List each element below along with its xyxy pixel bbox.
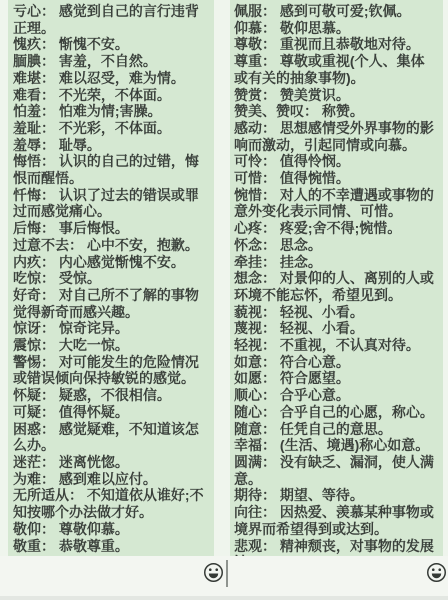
definition-entry: 想念：对景仰的人、离别的人或环境不能忘怀，希望见到。: [234, 270, 438, 303]
entry-term: 敬仰：: [13, 521, 55, 537]
entry-definition: 大吃一惊。: [59, 337, 129, 353]
entry-definition: 敬仰思慕。: [280, 20, 350, 36]
definition-entry: 惊讶：惊奇诧异。: [13, 320, 210, 337]
entry-definition: 挂念。: [280, 254, 322, 270]
entry-term: 可怜：: [234, 153, 276, 169]
entry-term: 幸福：: [234, 437, 276, 453]
definition-entry: 感动：思想感情受外界事物的影响而激动，引起同情或向慕。: [234, 120, 438, 153]
entry-definition: 称赞。: [322, 103, 364, 119]
entry-term: 忏悔：: [13, 187, 55, 203]
entry-term: 为难：: [13, 471, 55, 487]
entry-term: 困惑：: [13, 421, 55, 437]
entry-definition: 感到难以应付。: [59, 471, 157, 487]
entry-definition: 合乎自己的心愿，称心。: [280, 404, 434, 420]
entry-term: 轻视：: [234, 337, 276, 353]
definition-entry: 怕羞：怕难为情;害臊。: [13, 103, 210, 120]
entry-definition: 尊敬仰慕。: [59, 521, 129, 537]
entry-term: 迷茫：: [13, 454, 55, 470]
definition-entry: 惋惜：对人的不幸遭遇或事物的意外变化表示同情、可惜。: [234, 187, 438, 220]
entry-term: 敬重：: [13, 538, 55, 554]
definition-entry: 向往：因热爱、羡慕某种事物或境界而希望得到或达到。: [234, 504, 438, 537]
entry-term: 警惕：: [13, 354, 55, 370]
entry-term: 随意：: [234, 421, 276, 437]
definition-entry: 心疼：疼爱;舍不得;惋惜。: [234, 220, 438, 237]
definition-entry: 随心：合乎自己的心愿，称心。: [234, 404, 438, 421]
definition-entry: 好奇：对自己所不了解的事物觉得新奇而感兴趣。: [13, 287, 210, 320]
stitched-chat-screenshots: 亏心：感觉到自己的言行违背正理。愧疚：惭愧不安。腼腆：害羞，不自然。难堪：难以忍…: [0, 0, 448, 600]
entry-term: 牵挂：: [234, 254, 276, 270]
entry-definition: 期望、等待。: [280, 487, 364, 503]
entry-term: 惋惜：: [234, 187, 276, 203]
entry-term: 震惊：: [13, 337, 55, 353]
emoji-icon[interactable]: [203, 562, 224, 583]
entry-term: 如愿：: [234, 370, 276, 386]
entry-term: 亏心：: [13, 3, 55, 19]
definition-entry: 亏心：感觉到自己的言行违背正理。: [13, 3, 210, 36]
emoji-icon[interactable]: [426, 562, 447, 583]
definition-entry: 可疑：值得怀疑。: [13, 404, 210, 421]
entry-term: 怀疑：: [13, 387, 55, 403]
definition-entry: 牵挂：挂念。: [234, 254, 438, 271]
left-definitions-bubble: 亏心：感觉到自己的言行违背正理。愧疚：惭愧不安。腼腆：害羞，不自然。难堪：难以忍…: [8, 0, 214, 556]
entry-term: 心疼：: [234, 220, 276, 236]
definition-entry: 吃惊：受惊。: [13, 270, 210, 287]
entry-term: 佩服：: [234, 3, 276, 19]
entry-definition: (生活、境遇)称心如意。: [280, 437, 429, 453]
entry-definition: 害羞，不自然。: [59, 53, 157, 69]
entry-definition: 怕难为情;害臊。: [59, 103, 162, 119]
definition-entry: 尊重：尊敬或重视(个人、集体或有关的抽象事物)。: [234, 53, 438, 86]
definition-entry: 敬仰：尊敬仰慕。: [13, 521, 210, 538]
entry-definition: 耻辱。: [59, 137, 101, 153]
entry-definition: 疼爱;舍不得;惋惜。: [280, 220, 401, 236]
entry-definition: 恭敬尊重。: [59, 538, 129, 554]
definition-entry: 迷茫：迷离恍惚。: [13, 454, 210, 471]
entry-definition: 不重视，不认真对待。: [280, 337, 420, 353]
entry-definition: 难以忍受，难为情。: [59, 70, 185, 86]
entry-term: 尊重：: [234, 53, 276, 69]
entry-definition: 疑惑，不很相信。: [59, 387, 171, 403]
entry-definition: 受惊。: [59, 270, 101, 286]
entry-definition: 合乎心意。: [280, 387, 350, 403]
definition-entry: 后悔：事后悔恨。: [13, 220, 210, 237]
entry-term: 过意不去：: [13, 237, 83, 253]
definition-entry: 忏悔：认识了过去的错误或罪过而感觉痛心。: [13, 187, 210, 220]
definition-entry: 圆满：没有缺乏、漏洞，使人满意。: [234, 454, 438, 487]
entry-term: 仰慕：: [234, 20, 276, 36]
definition-entry: 怀念：思念。: [234, 237, 438, 254]
definition-entry: 尊敬：重视而且恭敬地对待。: [234, 36, 438, 53]
entry-term: 想念：: [234, 270, 276, 286]
definition-entry: 愧疚：惭愧不安。: [13, 36, 210, 53]
entry-term: 如意：: [234, 354, 276, 370]
right-definitions-bubble: 佩服：感到可敬可爱;钦佩。仰慕：敬仰思慕。尊敬：重视而且恭敬地对待。尊重：尊敬或…: [230, 0, 443, 556]
input-bar-bottom-edge: [0, 596, 448, 600]
entry-definition: 赞美赏识。: [280, 87, 350, 103]
entry-term: 圆满：: [234, 454, 276, 470]
entry-definition: 值得怀疑。: [59, 404, 129, 420]
definition-entry: 困惑：感觉疑难，不知道该怎么办。: [13, 421, 210, 454]
entry-term: 藐视：: [234, 304, 276, 320]
entry-definition: 事后悔恨。: [59, 220, 129, 236]
entry-term: 悔悟：: [13, 153, 55, 169]
definition-entry: 羞耻：不光彩，不体面。: [13, 120, 210, 137]
entry-term: 向往：: [234, 504, 276, 520]
definition-entry: 轻视：不重视，不认真对待。: [234, 337, 438, 354]
definition-entry: 蔑视：轻视、小看。: [234, 320, 438, 337]
entry-term: 怀念：: [234, 237, 276, 253]
entry-term: 悲观：: [234, 538, 276, 554]
entry-term: 羞辱：: [13, 137, 55, 153]
entry-term: 难堪：: [13, 70, 55, 86]
entry-term: 惊讶：: [13, 320, 55, 336]
entry-term: 怕羞：: [13, 103, 55, 119]
entry-definition: 符合心意。: [280, 354, 350, 370]
definition-entry: 期待：期望、等待。: [234, 487, 438, 504]
entry-definition: 轻视、小看。: [280, 304, 364, 320]
entry-term: 无所适从：: [13, 487, 83, 503]
definition-entry: 震惊：大吃一惊。: [13, 337, 210, 354]
entry-definition: 感到可敬可爱;钦佩。: [280, 3, 411, 19]
definition-entry: 敬重：恭敬尊重。: [13, 538, 210, 555]
text-cursor: [226, 560, 228, 587]
entry-definition: 不光荣，不体面。: [59, 87, 171, 103]
entry-term: 赞美、赞叹：: [234, 103, 318, 119]
entry-term: 可惜：: [234, 170, 276, 186]
entry-term: 后悔：: [13, 220, 55, 236]
entry-definition: 思念。: [280, 237, 322, 253]
entry-term: 难看：: [13, 87, 55, 103]
entry-term: 赞赏：: [234, 87, 276, 103]
definition-entry: 赞赏：赞美赏识。: [234, 87, 438, 104]
definition-entry: 如愿：符合愿望。: [234, 370, 438, 387]
entry-term: 好奇：: [13, 287, 55, 303]
entry-definition: 内心感觉惭愧不安。: [59, 254, 185, 270]
entry-definition: 心中不安，抱歉。: [87, 237, 199, 253]
entry-definition: 任凭自己的意思。: [280, 421, 392, 437]
entry-definition: 不光彩，不体面。: [59, 120, 171, 136]
entry-definition: 符合愿望。: [280, 370, 350, 386]
entry-term: 顺心：: [234, 387, 276, 403]
definition-entry: 悔悟：认识的自己的过错，悔恨而醒悟。: [13, 153, 210, 186]
definition-entry: 难看：不光荣，不体面。: [13, 87, 210, 104]
definition-entry: 顺心：合乎心意。: [234, 387, 438, 404]
entry-term: 羞耻：: [13, 120, 55, 136]
definition-entry: 如意：符合心意。: [234, 354, 438, 371]
entry-definition: 迷离恍惚。: [59, 454, 129, 470]
definition-entry: 仰慕：敬仰思慕。: [234, 20, 438, 37]
entry-term: 尊敬：: [234, 36, 276, 52]
entry-definition: 惊奇诧异。: [59, 320, 129, 336]
definition-entry: 腼腆：害羞，不自然。: [13, 53, 210, 70]
entry-definition: 值得惋惜。: [280, 170, 350, 186]
definition-entry: 藐视：轻视、小看。: [234, 304, 438, 321]
entry-term: 蔑视：: [234, 320, 276, 336]
definition-entry: 难堪：难以忍受，难为情。: [13, 70, 210, 87]
definition-entry: 过意不去：心中不安，抱歉。: [13, 237, 210, 254]
definition-entry: 无所适从：不知道依从谁好;不知按哪个办法做才好。: [13, 487, 210, 520]
definition-entry: 为难：感到难以应付。: [13, 471, 210, 488]
entry-term: 内疚：: [13, 254, 55, 270]
entry-term: 可疑：: [13, 404, 55, 420]
entry-definition: 惭愧不安。: [59, 36, 129, 52]
definition-entry: 幸福：(生活、境遇)称心如意。: [234, 437, 438, 454]
definition-entry: 内疚：内心感觉惭愧不安。: [13, 254, 210, 271]
entry-term: 吃惊：: [13, 270, 55, 286]
entry-term: 愧疚：: [13, 36, 55, 52]
entry-term: 腼腆：: [13, 53, 55, 69]
entry-definition: 轻视、小看。: [280, 320, 364, 336]
definition-entry: 随意：任凭自己的意思。: [234, 421, 438, 438]
definition-entry: 警惕：对可能发生的危险情况或错误倾向保持敏锐的感觉。: [13, 354, 210, 387]
input-bar: [0, 556, 448, 600]
definition-entry: 悲观：精神颓丧，对事物的发展缺: [234, 538, 438, 557]
entry-definition: 值得怜悯。: [280, 153, 350, 169]
definition-entry: 羞辱：耻辱。: [13, 137, 210, 154]
definition-entry: 怀疑：疑惑，不很相信。: [13, 387, 210, 404]
entry-term: 随心：: [234, 404, 276, 420]
definition-entry: 佩服：感到可敬可爱;钦佩。: [234, 3, 438, 20]
entry-term: 感动：: [234, 120, 276, 136]
entry-term: 期待：: [234, 487, 276, 503]
definition-entry: 可怜：值得怜悯。: [234, 153, 438, 170]
definition-entry: 可惜：值得惋惜。: [234, 170, 438, 187]
entry-definition: 重视而且恭敬地对待。: [280, 36, 420, 52]
definition-entry: 赞美、赞叹：称赞。: [234, 103, 438, 120]
